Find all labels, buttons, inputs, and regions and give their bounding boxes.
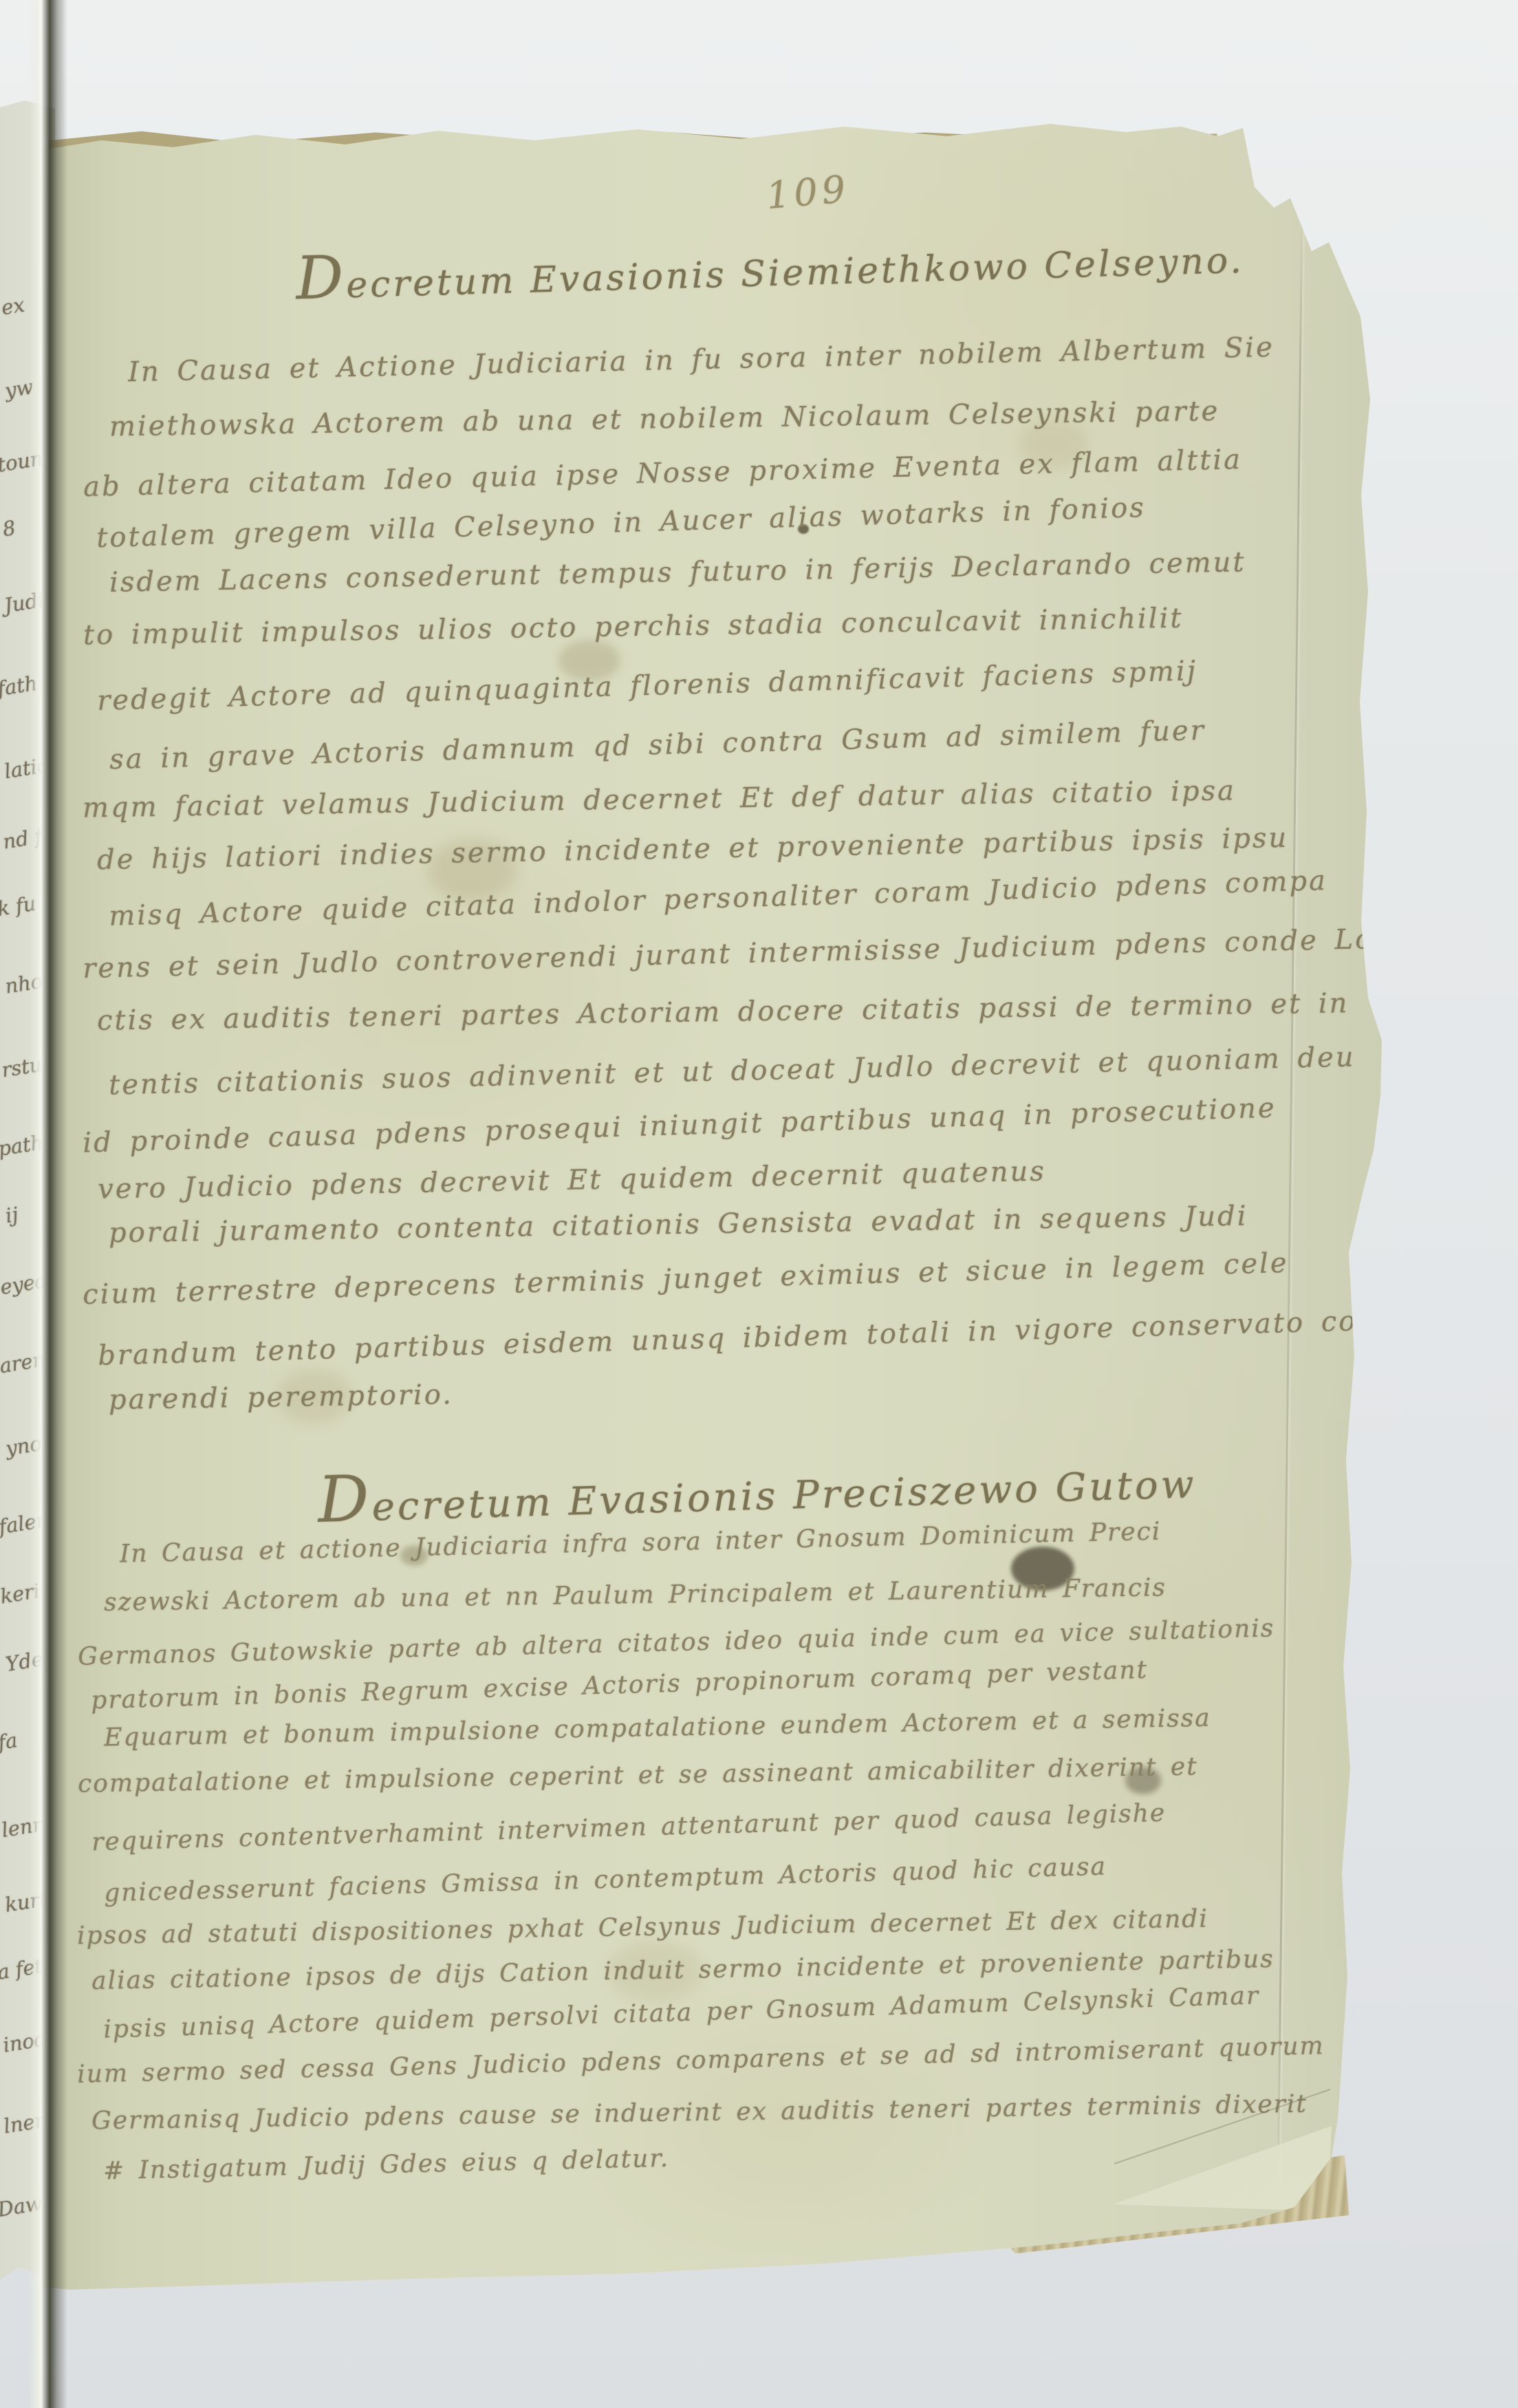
- section1-heading: Decretum Evasionis Siemiethkowo Celseyno…: [295, 218, 1245, 313]
- text-line: compatalatione et impulsione ceperint et…: [77, 1752, 1197, 1798]
- fold-crease: [1277, 213, 1303, 2195]
- text-line: gnicedesserunt faciens Gmissa in contemp…: [103, 1853, 1107, 1908]
- text-line: parendi peremptorio.: [108, 1379, 453, 1416]
- previous-page-text-fragment: eyed: [0, 1268, 50, 1298]
- text-line: ctis ex auditis teneri partes Actoriam d…: [97, 988, 1349, 1037]
- text-line: de hijs latiori indies sermo incidente e…: [97, 822, 1289, 876]
- text-line: isdem Lacens consederunt tempus futuro i…: [109, 546, 1246, 599]
- text-line: misq Actore quide citata indolor persona…: [109, 865, 1328, 932]
- text-line: brandum tento partibus eisdem unusq ibid…: [98, 1305, 1386, 1373]
- text-line: tentis citationis suos adinvenit et ut d…: [109, 1042, 1356, 1101]
- previous-page-text-fragment: Judi: [2, 588, 45, 618]
- text-line: In Causa et Actione Judiciaria in fu sor…: [128, 332, 1275, 388]
- page-number: 109: [764, 167, 851, 217]
- previous-page-text-fragment: 8: [1, 516, 17, 541]
- text-line: Equarum et bonum impulsione compatalatio…: [104, 1704, 1211, 1752]
- text-line: vero Judicio pdens decrevit Et quidem de…: [98, 1145, 1518, 1205]
- previous-page-text-fragment: fa: [0, 1728, 19, 1754]
- text-line: sa in grave Actoris damnum qd sibi contr…: [109, 715, 1206, 775]
- text-line: totalem gregem villa Celseyno in Aucer a…: [96, 492, 1147, 554]
- text-line: rens et sein Judlo controverendi jurant …: [83, 921, 1468, 985]
- text-line: id proinde causa pdens prosequi iniungit…: [83, 1092, 1277, 1159]
- text-line: porali juramento contenta citationis Gen…: [109, 1201, 1248, 1249]
- text-line: Germanisq Judicio pdens cause se indueri…: [91, 2090, 1308, 2136]
- text-line: cium terrestre deprecens terminis junget…: [83, 1247, 1289, 1311]
- previous-page-text-fragment: path: [0, 1130, 45, 1161]
- manuscript-page: 109 Decretum Evasionis Siemiethkowo Cels…: [43, 110, 1384, 2298]
- text-line: to impulit impulsos ulios octo perchis s…: [83, 603, 1183, 652]
- previous-page-text-fragment: ij: [3, 1203, 19, 1227]
- text-line: szewski Actorem ab una et nn Paulum Prin…: [104, 1573, 1167, 1617]
- text-line: requirens contentverhamint intervimen at…: [91, 1799, 1166, 1857]
- previous-page-text-fragment: a fet: [0, 1954, 45, 1984]
- previous-page-text-fragment: yw: [3, 375, 34, 402]
- text-line: ium sermo sed cessa Gens Judicio pdens c…: [77, 2032, 1325, 2089]
- previous-page-text-fragment: ex: [0, 293, 26, 320]
- previous-page-text-fragment: k fu: [0, 892, 38, 921]
- text-line: # Instigatum Judij Gdes eius q delatur.: [103, 2144, 670, 2186]
- previous-page-text-fragment: yno.: [4, 1430, 50, 1460]
- previous-page-text-fragment: fath: [0, 671, 39, 701]
- text-line: redegit Actore ad quinquaginta florenis …: [96, 655, 1197, 717]
- previous-page-text-fragment: Yde: [3, 1647, 45, 1676]
- text-line: mqm faciat velamus Judicium decernet Et …: [83, 775, 1237, 824]
- scan-background: exywtount8Judifathlationnd fak funhoucrs…: [0, 0, 1518, 2408]
